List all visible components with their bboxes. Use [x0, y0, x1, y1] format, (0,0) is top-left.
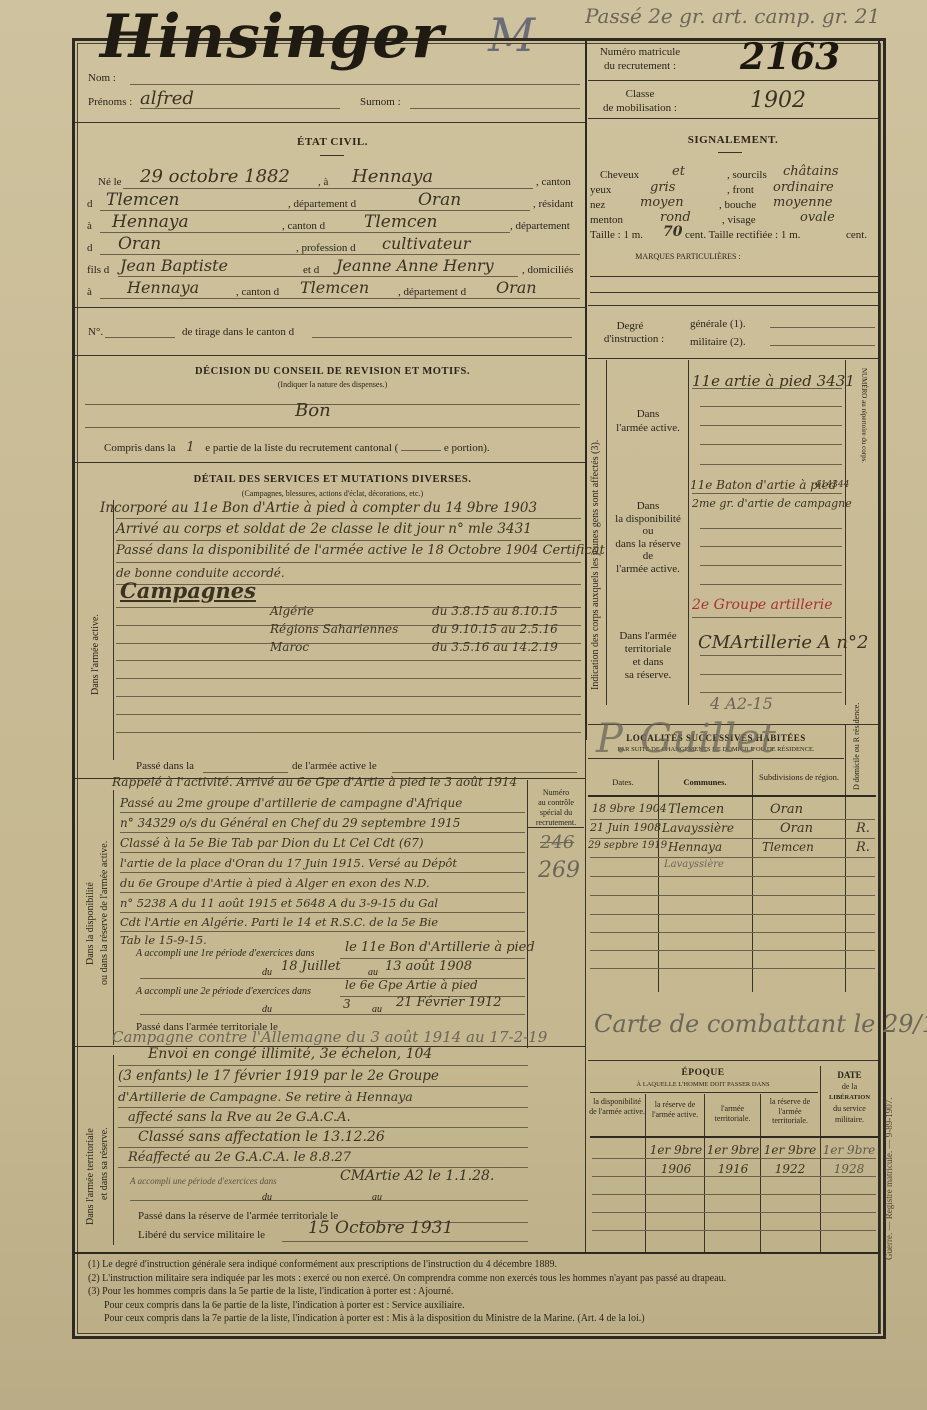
cheveux-value: et: [672, 164, 685, 179]
localite-2-commune: Lavayssière: [662, 821, 734, 835]
campagne-2-periode: du 9.10.15 au 2.5.16: [432, 622, 558, 636]
domicile-a-label: à: [87, 286, 92, 298]
controle-value-2: 269: [538, 858, 580, 883]
passe-suffix: de l'armée active le: [292, 760, 377, 772]
residant-label: , résidant: [533, 198, 573, 210]
campagne-3-lieu: Maroc: [270, 640, 309, 654]
footnote-1: (1) Le degré d'instruction générale sera…: [88, 1258, 726, 1272]
degre-label-1: Degré: [600, 320, 660, 332]
bouche-value: moyenne: [773, 195, 833, 210]
departement2-label: , département: [510, 220, 570, 232]
departement2-value: Oran: [118, 234, 161, 254]
dispo-line-4: Classé à la 5e Bie Tab par Dion du Lt Ce…: [120, 836, 424, 850]
departement3-value: Oran: [496, 278, 537, 297]
dispo-line-2: Passé au 2me groupe d'artillerie de camp…: [120, 796, 462, 810]
dispo-line-1: Rappelé à l'activité. Arrivé au 6e Gpe d…: [112, 775, 517, 789]
periode1-label: A accompli une 1re période d'exercices d…: [136, 948, 314, 959]
terr-line-1: Envoi en congé illimité, 3e échelon, 104: [148, 1046, 432, 1062]
domicile-value: Hennaya: [127, 278, 199, 297]
localites-col-dates: Dates.: [590, 777, 656, 787]
dispo-line-7: n° 5238 A du 11 août 1915 et 5648 A du 3…: [120, 896, 438, 910]
epoque-territoriale-value: 1er 9bre 1916: [706, 1141, 760, 1179]
periode1-unit: le 11e Bon d'Artillerie à pied: [345, 940, 535, 955]
localite-3-dr: R.: [856, 840, 870, 855]
epoque-subtitle: À LAQUELLE L'HOMME DOIT PASSER DANS: [588, 1081, 818, 1088]
dispo-side-label-2: ou dans la réserve de l'armée active.: [99, 841, 110, 985]
sourcils-value: châtains: [783, 164, 839, 179]
menton-value: rond: [660, 210, 691, 225]
degre-label-2: d'instruction :: [596, 333, 672, 345]
date-liberation-value: 1er 9bre 1928: [822, 1141, 876, 1179]
epoque-col-reserve-territoriale: la réserve de l'armée territoriale.: [761, 1097, 819, 1126]
terr-periode-label: A accompli une période d'exercices dans: [130, 1176, 277, 1186]
periode1-du-label: du: [262, 967, 272, 978]
terr-value-red: 2e Groupe artillerie: [692, 597, 833, 613]
instruction-generale: générale (1).: [690, 318, 746, 330]
footnote-2: (2) L'instruction militaire sera indiqué…: [88, 1272, 726, 1286]
canton-value: Tlemcen: [106, 190, 180, 210]
matricule-number: 2163: [740, 36, 840, 78]
prenoms-label: Prénoms :: [88, 96, 132, 108]
canton2-label: , canton d: [282, 220, 325, 232]
terr-line-5: Classé sans affectation le 13.12.26: [138, 1129, 385, 1145]
visage-label: , visage: [722, 214, 756, 226]
periode1-du: 18 Juillet: [281, 959, 341, 974]
ne-le-value: 29 octobre 1882: [140, 166, 290, 187]
front-value: ordinaire: [773, 180, 834, 195]
compris-line: Compris dans la 1 e partie de la liste d…: [104, 440, 490, 455]
sourcils-label: , sourcils: [727, 169, 767, 181]
terr-du-label: du: [262, 1192, 272, 1203]
active-label-2: l'armée active.: [608, 422, 688, 434]
epoque-col-territoriale: l'armée territoriale.: [705, 1104, 760, 1123]
residence-value: Hennaya: [112, 212, 189, 232]
epoque-reserve-territoriale-value: 1er 9bre 1922: [762, 1141, 818, 1179]
ne-le-label: Né le: [98, 176, 122, 188]
service-line-1: Incorporé au 11e Bon d'Artie à pied à co…: [100, 500, 537, 516]
decision-subtitle: (Indiquer la nature des dispenses.): [80, 380, 585, 389]
side-label-active: Dans l'armée active.: [90, 614, 101, 695]
taille-cent-end: cent.: [846, 229, 867, 241]
surname-value: Hinsinger: [100, 2, 444, 72]
localite-2-subdivision: Oran: [780, 821, 813, 836]
cheveux-label: Cheveux: [600, 169, 639, 181]
libere-label: Libéré du service militaire le: [138, 1229, 265, 1241]
instruction-militaire: militaire (2).: [690, 336, 746, 348]
epoque-title: ÉPOQUE: [588, 1068, 818, 1078]
date-liberation-header: DATE de la LIBÉRATION du service militai…: [822, 1070, 877, 1125]
numero-header: NUMÉRO au répertoire du corps.: [860, 368, 868, 458]
matricule-label-1: Numéro matricule: [590, 46, 690, 58]
passe-label: Passé dans la: [136, 760, 194, 772]
d-label: d: [87, 198, 93, 210]
localite-3-subdivision: Tlemcen: [762, 840, 814, 854]
visage-value: ovale: [800, 210, 835, 225]
dispo-side-label-1: Dans la disponibilité: [85, 882, 96, 965]
localites-col-dr: D domicile ou R résidence.: [852, 703, 861, 790]
localite-2-dr: R.: [856, 821, 870, 836]
matricule-label-2: du recrutement :: [590, 60, 690, 72]
profession-label: , profession d: [296, 242, 356, 254]
localite-pencil-commune: Lavayssière: [664, 859, 724, 870]
birthplace-value: Hennaya: [352, 166, 433, 187]
dispo-line-8: Cdt l'Artie en Algérie. Parti le 14 et R…: [120, 915, 438, 929]
imprint-text: Guerre. — Registre matricule. — 9-89-190…: [884, 1098, 894, 1260]
localite-1-commune: Tlemcen: [668, 802, 724, 817]
terr-line-7: CMArtie A2 le 1.1.28.: [340, 1168, 494, 1184]
footnote-3: (3) Pour les hommes compris dans la 5e p…: [88, 1285, 726, 1299]
service-line-2: Arrivé au corps et soldat de 2e classe l…: [116, 521, 532, 537]
canton3-label: , canton d: [236, 286, 279, 298]
tirage-label: de tirage dans le canton d: [182, 326, 294, 338]
decision-title: DÉCISION DU CONSEIL DE REVISION ET MOTIF…: [80, 366, 585, 377]
periode2-au: 21 Février 1912: [396, 995, 502, 1010]
footnotes: (1) Le degré d'instruction générale sera…: [88, 1258, 726, 1326]
campagne-1-lieu: Algérie: [270, 604, 314, 618]
dispo-line-6: du 6e Groupe d'Artie à pied à Alger en e…: [120, 876, 430, 890]
controle-value-1: 246: [540, 832, 574, 853]
campagnes-title: Campagnes: [120, 578, 256, 603]
dispo-value-2: 2me gr. d'artie de campagne: [692, 497, 852, 510]
epoque-reserve-active-value: 1er 9bre 1906: [648, 1141, 704, 1179]
localites-overwrite: P. Guillet: [596, 716, 776, 762]
domicilies-label: , domiciliés: [522, 264, 573, 276]
terr-side-label-1: Dans l'armée territoriale: [85, 1128, 96, 1225]
d2-label: d: [87, 242, 93, 254]
mother-value: Jeanne Anne Henry: [336, 256, 494, 275]
localite-3-date: 29 sepbre 1919: [588, 840, 667, 851]
services-title: DÉTAIL DES SERVICES ET MUTATIONS DIVERSE…: [80, 474, 585, 485]
et-label: et d: [303, 264, 319, 276]
a-label: , à: [318, 176, 328, 188]
terr-line-4: affecté sans la Rve au 2e G.A.C.A.: [128, 1110, 351, 1125]
campagne-2-lieu: Régions Sahariennes: [270, 622, 398, 636]
campagne-allemagne-note: Campagne contre l'Allemagne du 3 août 19…: [112, 1028, 547, 1046]
campagne-1-periode: du 3.8.15 au 8.10.15: [432, 604, 558, 618]
pencil-note: 4 A2-15: [710, 694, 773, 713]
residence-a-label: à: [87, 220, 92, 232]
departement3-label: , département d: [398, 286, 466, 298]
terr-line-2: (3 enfants) le 17 février 1919 par le 2e…: [118, 1068, 439, 1084]
footnote-3b: Pour ceux compris dans la 6e partie de l…: [88, 1299, 726, 1313]
terr-au-label: au: [372, 1192, 382, 1203]
father-value: Jean Baptiste: [120, 256, 228, 275]
terr-value: CMArtillerie A n°2: [698, 632, 868, 653]
periode2-unit: le 6e Gpe Artie à pied: [345, 978, 478, 992]
controle-header: Numéro au contrôle spécial du recrutemen…: [528, 788, 584, 828]
footnote-3c: Pour ceux compris dans la 7e partie de l…: [88, 1312, 726, 1326]
departement-value: Oran: [418, 190, 461, 210]
active-label-1: Dans: [608, 408, 688, 420]
nom-label: Nom :: [88, 72, 116, 84]
surnom-label: Surnom :: [360, 96, 401, 108]
periode1-au: 13 août 1908: [385, 959, 472, 974]
decision-value: Bon: [295, 400, 331, 421]
taille-value: 70: [663, 224, 682, 240]
dispo-line-9: Tab le 15-9-15.: [120, 933, 207, 947]
fils-label: fils d: [87, 264, 109, 276]
yeux-label: yeux: [590, 184, 611, 196]
localites-col-communes: Communes.: [660, 777, 750, 787]
canton2-value: Tlemcen: [364, 212, 438, 232]
bouche-label: , bouche: [719, 199, 756, 211]
classe-label-1: Classe: [590, 88, 690, 100]
terr-label: Dans l'armée territoriale et dans sa rés…: [608, 630, 688, 682]
dispo-label: Dans la disponibilité ou dans la réserve…: [608, 500, 688, 575]
terr-line-6: Réaffecté au 2e G.A.C.A. le 8.8.27: [128, 1150, 351, 1165]
epoque-col-disponibilite: la disponibilité de l'armée active.: [589, 1097, 645, 1116]
top-annotation: Passé 2e gr. art. camp. gr. 21: [585, 4, 880, 28]
services-subtitle: (Campagnes, blessures, actions d'éclat, …: [80, 489, 585, 498]
localite-2-date: 21 Juin 1908: [590, 821, 661, 834]
front-label: , front: [727, 184, 754, 196]
service-line-3: Passé dans la disponibilité de l'armée a…: [116, 543, 605, 558]
etat-civil-title: ÉTAT CIVIL.: [80, 136, 585, 148]
corps-side-label: Indication des corps auxquels les jeunes…: [590, 440, 601, 690]
localite-3-commune: Hennaya: [668, 840, 722, 854]
taille-cent-label: cent. Taille rectifiée : 1 m.: [685, 229, 800, 241]
classe-label-2: de mobilisation :: [590, 102, 690, 114]
numero-tirage-label: N°.: [88, 326, 103, 338]
periode2-du: 3: [343, 997, 351, 1011]
libere-value: 15 Octobre 1931: [308, 1218, 453, 1238]
localite-1-date: 18 9bre 1904: [592, 802, 667, 815]
marques-title: MARQUES PARTICULIÈRES :: [588, 252, 788, 261]
signalement-title: SIGNALEMENT.: [588, 134, 878, 146]
campagne-3-periode: du 3.5.16 au 14.2.19: [432, 640, 558, 654]
yeux-value: gris: [650, 180, 675, 195]
taille-label: Taille : 1 m.: [590, 229, 643, 241]
profession-value: cultivateur: [382, 234, 470, 253]
canton-label: , canton: [536, 176, 571, 188]
nez-value: moyen: [640, 195, 684, 210]
nez-label: nez: [590, 199, 605, 211]
dispo-line-5: l'artie de la place d'Oran du 17 Juin 19…: [120, 856, 457, 870]
classe-value: 1902: [750, 88, 806, 113]
periode2-label: A accompli une 2e période d'exercices da…: [136, 986, 311, 997]
epoque-col-reserve-active: la réserve de l'armée active.: [646, 1100, 704, 1119]
localites-col-subdivisions: Subdivisions de région.: [756, 772, 842, 782]
canton3-value: Tlemcen: [300, 278, 369, 297]
departement-label: , département d: [288, 198, 356, 210]
dispo-numero: 414344: [815, 480, 849, 490]
periode1-au-label: au: [368, 967, 378, 978]
terr-line-3: d'Artillerie de Campagne. Se retire à He…: [118, 1089, 413, 1104]
prenoms-value: alfred: [140, 88, 194, 109]
menton-label: menton: [590, 214, 623, 226]
terr-side-label-2: et dans sa réserve.: [99, 1127, 110, 1200]
dispo-line-3: n° 34329 o/s du Général en Chef du 29 se…: [120, 816, 460, 830]
localite-1-subdivision: Oran: [770, 802, 803, 817]
